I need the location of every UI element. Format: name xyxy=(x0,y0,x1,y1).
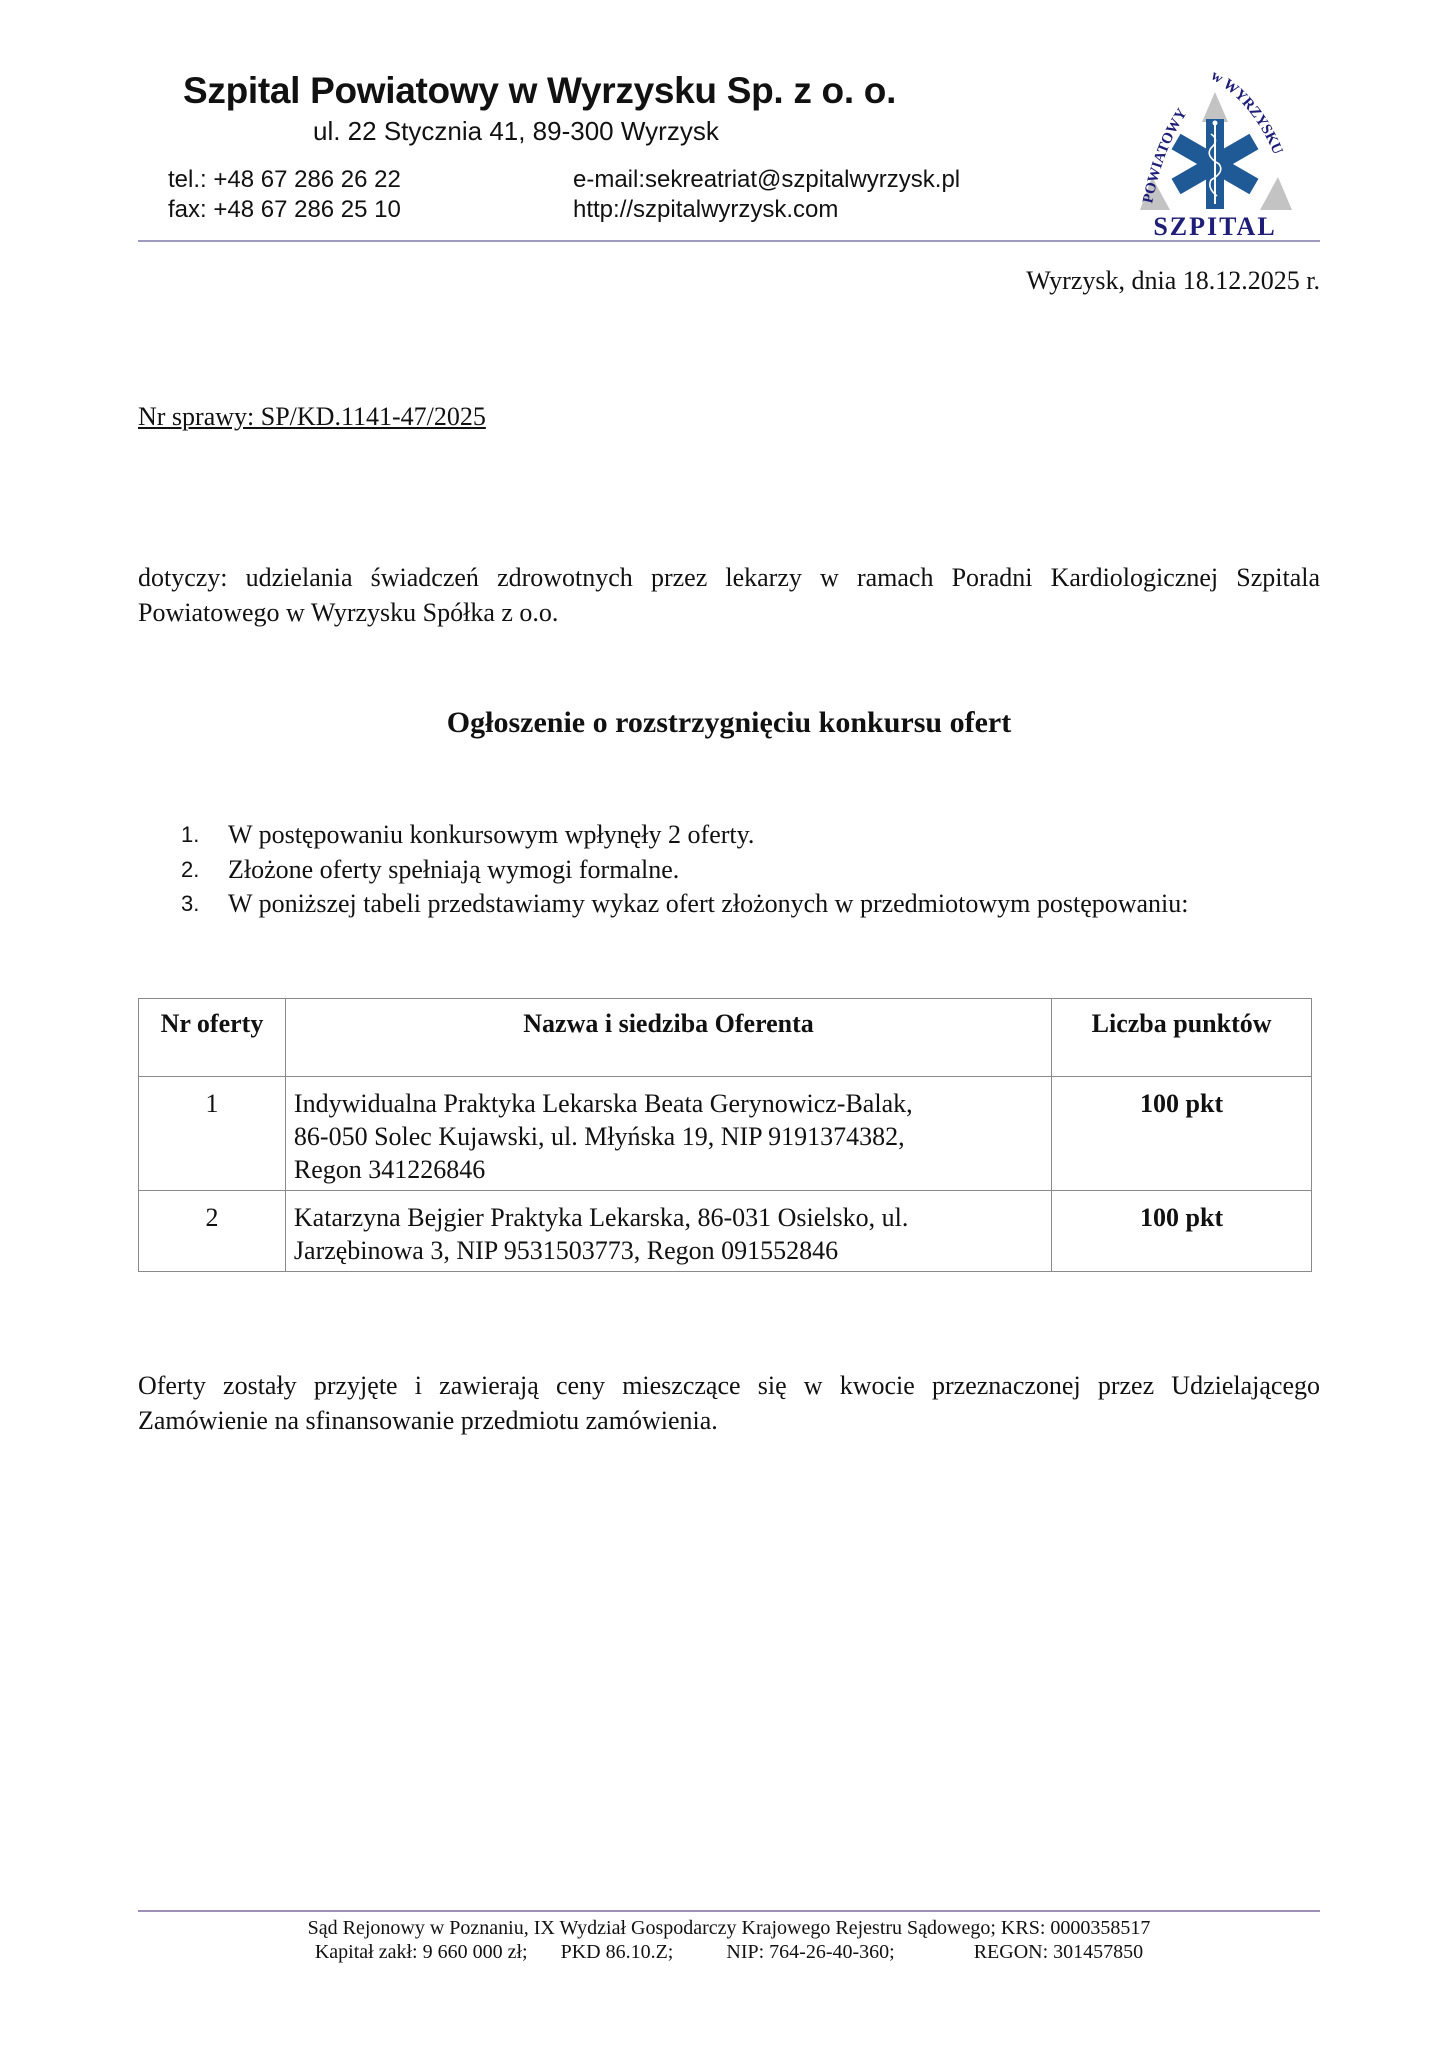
offer-points: 100 pkt xyxy=(1052,1077,1312,1191)
logo-text: SZPITAL xyxy=(1153,212,1276,240)
footer-divider xyxy=(138,1910,1320,1912)
bidder-line: Katarzyna Bejgier Praktyka Lekarska, 86-… xyxy=(294,1201,1051,1234)
list-text: W postępowaniu konkursowym wpłynęły 2 of… xyxy=(228,818,754,853)
company-address: ul. 22 Stycznia 41, 89-300 Wyrzysk xyxy=(313,116,719,147)
header-bidder-name: Nazwa i siedziba Oferenta xyxy=(285,999,1051,1077)
bidder-line: Jarzębinowa 3, NIP 9531503773, Regon 091… xyxy=(294,1234,1051,1267)
footer-pkd: PKD 86.10.Z; xyxy=(561,1940,674,1964)
header-offer-number: Nr oferty xyxy=(139,999,286,1077)
footer-capital: Kapitał zakł: 9 660 000 zł; xyxy=(315,1940,528,1964)
table-row: 1 Indywidualna Praktyka Lekarska Beata G… xyxy=(139,1077,1312,1191)
email-address[interactable]: e-mail:sekreatriat@szpitalwyrzysk.pl xyxy=(573,166,960,194)
list-number: 1. xyxy=(181,818,199,853)
list-item: 1. W postępowaniu konkursowym wpłynęły 2… xyxy=(138,818,1338,853)
company-name: Szpital Powiatowy w Wyrzysku Sp. z o. o. xyxy=(183,70,896,112)
footer-registry: Sąd Rejonowy w Poznaniu, IX Wydział Gosp… xyxy=(138,1916,1320,1940)
footer: Sąd Rejonowy w Poznaniu, IX Wydział Gosp… xyxy=(138,1916,1320,1964)
subject-paragraph: dotyczy: udzielania świadczeń zdrowotnyc… xyxy=(138,560,1320,630)
list-item: 3. W poniższej tabeli przedstawiamy wyka… xyxy=(138,887,1338,922)
list-text: Złożone oferty spełniają wymogi formalne… xyxy=(228,853,679,888)
list-item: 2. Złożone oferty spełniają wymogi forma… xyxy=(138,853,1338,888)
bidder-line: Indywidualna Praktyka Lekarska Beata Ger… xyxy=(294,1087,1051,1120)
star-of-life-icon xyxy=(1172,119,1259,209)
points-list: 1. W postępowaniu konkursowym wpłynęły 2… xyxy=(138,818,1338,922)
table-row: 2 Katarzyna Bejgier Praktyka Lekarska, 8… xyxy=(139,1191,1312,1272)
list-number: 2. xyxy=(181,853,199,888)
hospital-logo: POWIATOWY w WYRZYSKU SZPITAL xyxy=(1110,72,1320,240)
bidder-name: Katarzyna Bejgier Praktyka Lekarska, 86-… xyxy=(285,1191,1051,1272)
offer-points: 100 pkt xyxy=(1052,1191,1312,1272)
footer-regon: REGON: 301457850 xyxy=(974,1940,1143,1964)
footer-nip: NIP: 764-26-40-360; xyxy=(726,1940,894,1964)
footer-company-info: Kapitał zakł: 9 660 000 zł; PKD 86.10.Z;… xyxy=(138,1940,1320,1964)
bidder-line: Regon 341226846 xyxy=(294,1153,1051,1186)
triangle-right xyxy=(1260,177,1292,210)
header-divider xyxy=(138,240,1320,242)
list-text: W poniższej tabeli przedstawiamy wykaz o… xyxy=(228,887,1189,922)
document-heading: Ogłoszenie o rozstrzygnięciu konkursu of… xyxy=(138,706,1320,740)
table-header-row: Nr oferty Nazwa i siedziba Oferenta Licz… xyxy=(139,999,1312,1077)
bidder-name: Indywidualna Praktyka Lekarska Beata Ger… xyxy=(285,1077,1051,1191)
place-date: Wyrzysk, dnia 18.12.2025 r. xyxy=(1026,266,1320,296)
phone-number: tel.: +48 67 286 26 22 xyxy=(168,166,401,194)
list-number: 3. xyxy=(181,887,199,922)
closing-paragraph: Oferty zostały przyjęte i zawierają ceny… xyxy=(138,1368,1320,1438)
offer-number: 2 xyxy=(139,1191,286,1272)
bidder-line: 86-050 Solec Kujawski, ul. Młyńska 19, N… xyxy=(294,1120,1051,1153)
fax-number: fax: +48 67 286 25 10 xyxy=(168,196,401,224)
case-number: Nr sprawy: SP/KD.1141-47/2025 xyxy=(138,402,486,432)
website-link[interactable]: http://szpitalwyrzysk.com xyxy=(573,196,838,224)
offers-table: Nr oferty Nazwa i siedziba Oferenta Licz… xyxy=(138,998,1312,1272)
triangle-top xyxy=(1202,92,1228,122)
offer-number: 1 xyxy=(139,1077,286,1191)
header-points: Liczba punktów xyxy=(1052,999,1312,1077)
